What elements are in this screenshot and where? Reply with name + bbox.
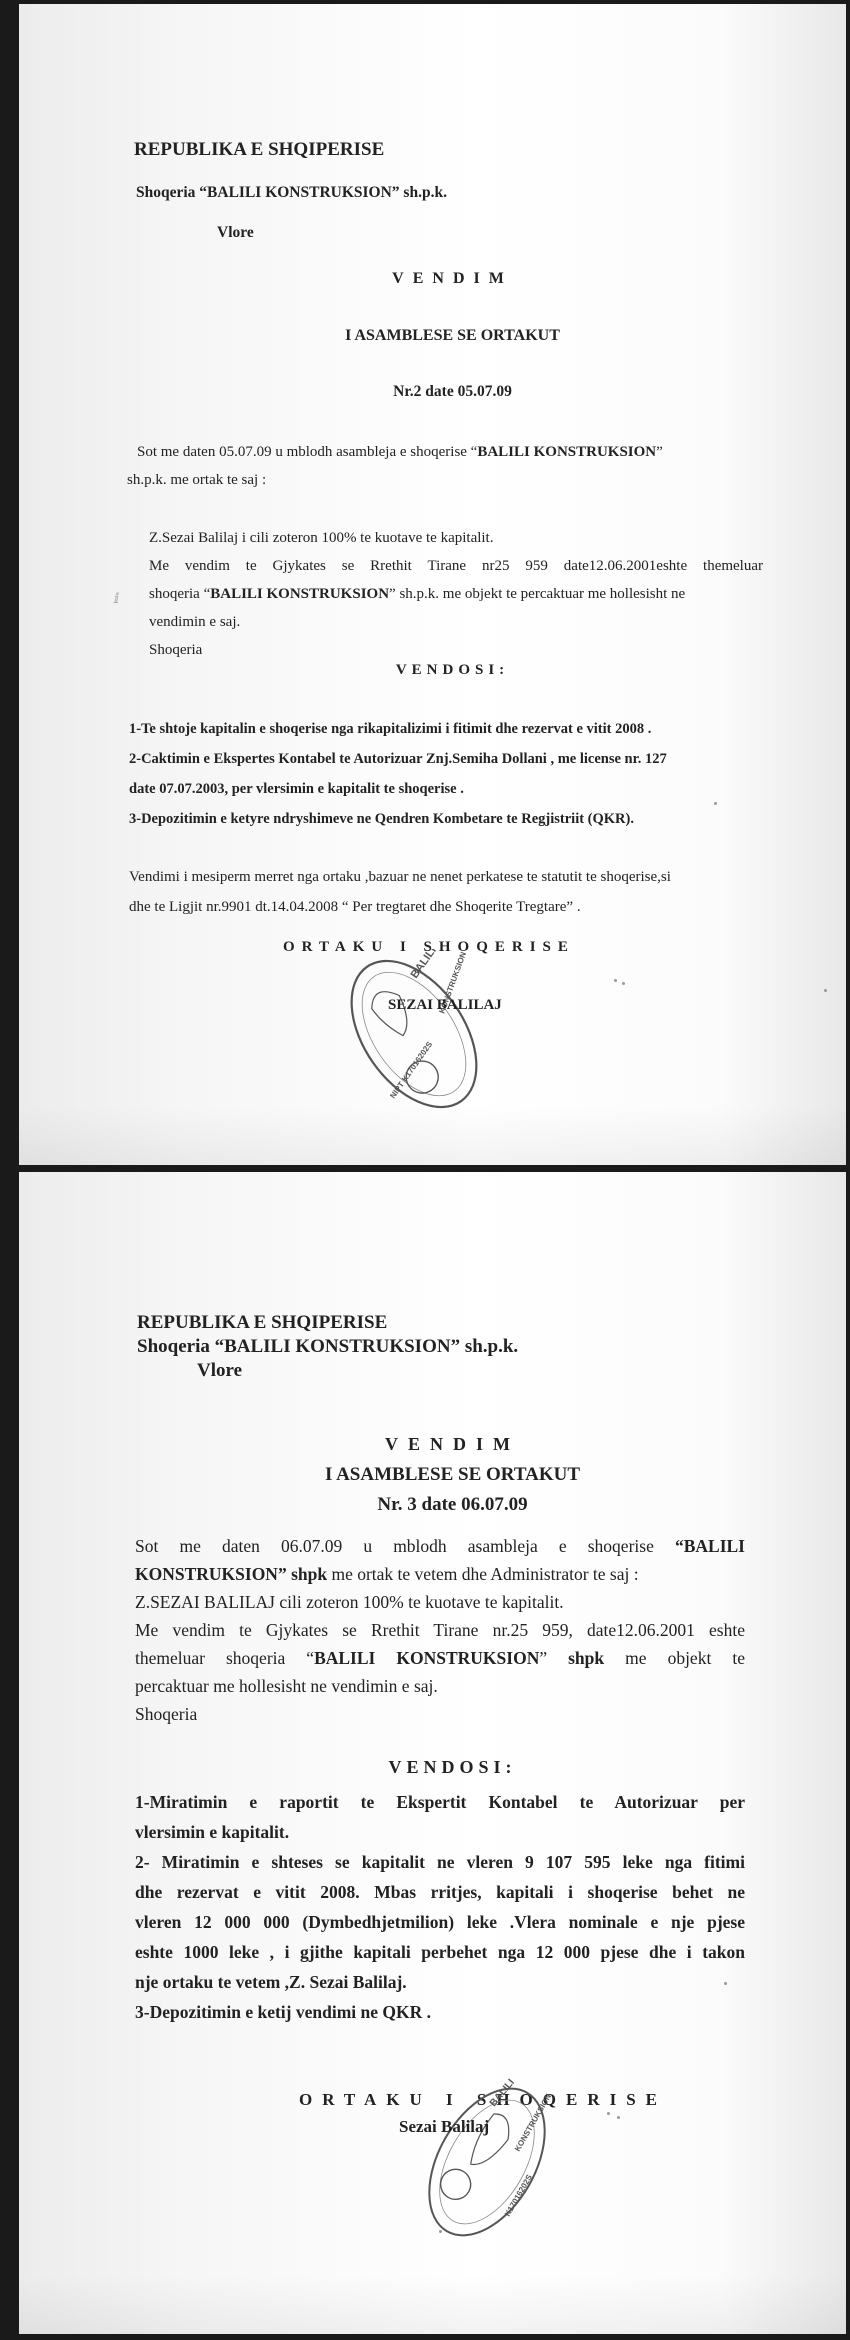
document-page-2: REPUBLIKA E SHQIPERISE Shoqeria “BALILI … (19, 1172, 846, 2334)
scan-speck (714, 802, 717, 805)
company-label: Shoqeria (149, 636, 763, 664)
partner-line: Z.Sezai Balilaj i cili zoteron 100% te k… (149, 524, 763, 552)
signer-name: SEZAI BALILAJ (388, 997, 502, 1014)
closing-line: dhe te Ligjit nr.9901 dt.14.04.2008 “ Pe… (129, 892, 671, 922)
decision-item: 2-Caktimin e Ekspertes Kontabel te Autor… (129, 744, 667, 774)
closing-line: Vendimi i mesiperm merret nga ortaku ,ba… (129, 862, 671, 892)
signature-role: ORTAKU I SHOQERISE (283, 939, 575, 956)
document-page-1: REPUBLIKA E SHQIPERISE Shoqeria “BALILI … (19, 4, 846, 1165)
decision-item: nje ortaku te vetem ,Z. Sezai Balilaj. (135, 1967, 745, 1997)
closing-paragraph: Vendimi i mesiperm merret nga ortaku ,ba… (129, 862, 671, 922)
scan-speck (614, 979, 617, 982)
city-header: Vlore (217, 224, 254, 242)
intro-line-2: sh.p.k. me ortak te saj : (127, 466, 266, 494)
company-label: Shoqeria (135, 1700, 745, 1728)
scan-speck (617, 2116, 620, 2119)
country-header: REPUBLIKA E SHQIPERISE (137, 1312, 387, 1334)
body-line: Z.SEZAI BALILAJ cili zoteron 100% te kuo… (135, 1588, 745, 1616)
decision-items: 1-Te shtoje kapitalin e shoqerise nga ri… (129, 714, 667, 834)
partner-paragraph: Z.Sezai Balilaj i cili zoteron 100% te k… (149, 524, 763, 664)
country-header: REPUBLIKA E SHQIPERISE (134, 139, 384, 161)
decision-number: Nr.2 date 05.07.09 (59, 383, 846, 401)
company-stamp-icon: BALILI KONSTRUKSION NIPT K17016202S (324, 949, 504, 1114)
body-line: themeluar shoqeria “BALILI KONSTRUKSION”… (135, 1644, 745, 1672)
decision-item: 3-Depozitimin e ketyre ndryshimeve ne Qe… (129, 804, 667, 834)
company-header: Shoqeria “BALILI KONSTRUKSION” sh.p.k. (137, 1336, 518, 1358)
decision-number: Nr. 3 date 06.07.09 (59, 1494, 846, 1516)
body-line: percaktuar me hollesisht ne vendimin e s… (135, 1672, 745, 1700)
body-line: Me vendim te Gjykates se Rrethit Tirane … (135, 1616, 745, 1644)
decides-heading: VENDOSI: (59, 1757, 846, 1778)
meeting-paragraph: Sot me daten 06.07.09 u mblodh asambleja… (135, 1532, 745, 1728)
signer-name: Sezai Balilaj (399, 2117, 489, 2137)
decision-item: vlersimin e kapitalit. (135, 1817, 745, 1847)
svg-text:K17016202S: K17016202S (503, 2172, 534, 2218)
company-header: Shoqeria “BALILI KONSTRUKSION” sh.p.k. (136, 184, 447, 202)
scan-speck (607, 2112, 610, 2115)
scan-speck (824, 989, 827, 992)
signature-role: ORTAKU I SHOQERISE (299, 2090, 667, 2110)
city-header: Vlore (197, 1360, 242, 1382)
decision-item: dhe rezervat e vitit 2008. Mbas rritjes,… (135, 1877, 745, 1907)
decision-subtitle: I ASAMBLESE SE ORTAKUT (59, 1464, 846, 1486)
body-line: KONSTRUKSION” shpk me ortak te vetem dhe… (135, 1560, 745, 1588)
object-line: vendimin e saj. (149, 608, 763, 636)
decision-item: 3-Depozitimin e ketij vendimi ne QKR . (135, 1997, 745, 2027)
decision-item: 1-Te shtoje kapitalin e shoqerise nga ri… (129, 714, 667, 744)
decides-heading: VENDOSI: (59, 662, 846, 679)
scan-speck (439, 2230, 442, 2233)
scan-speck (724, 1982, 727, 1985)
margin-mark: ⅈ (114, 591, 119, 608)
decision-item: date 07.07.2003, per vlersimin e kapital… (129, 774, 667, 804)
decision-items: 1-Miratimin e raportit te Ekspertit Kont… (135, 1787, 745, 2027)
court-line: Me vendim te Gjykates se Rrethit Tirane … (149, 552, 763, 580)
decision-item: 2- Miratimin e shteses se kapitalit ne v… (135, 1847, 745, 1877)
intro-line-1: Sot me daten 05.07.09 u mblodh asambleja… (137, 438, 663, 466)
decision-title: VENDIM (59, 270, 846, 288)
company-line: shoqeria “BALILI KONSTRUKSION” sh.p.k. m… (149, 580, 763, 608)
decision-subtitle: I ASAMBLESE SE ORTAKUT (59, 327, 846, 345)
scan-speck (622, 982, 625, 985)
decision-item: 1-Miratimin e raportit te Ekspertit Kont… (135, 1787, 745, 1817)
decision-item: vleren 12 000 000 (Dymbedhjetmilion) lek… (135, 1907, 745, 1937)
svg-text:NIPT K17016202S: NIPT K17016202S (388, 1039, 434, 1100)
body-line: Sot me daten 06.07.09 u mblodh asambleja… (135, 1532, 745, 1560)
decision-item: eshte 1000 leke , i gjithe kapitali perb… (135, 1937, 745, 1967)
decision-title: VENDIM (59, 1434, 846, 1455)
